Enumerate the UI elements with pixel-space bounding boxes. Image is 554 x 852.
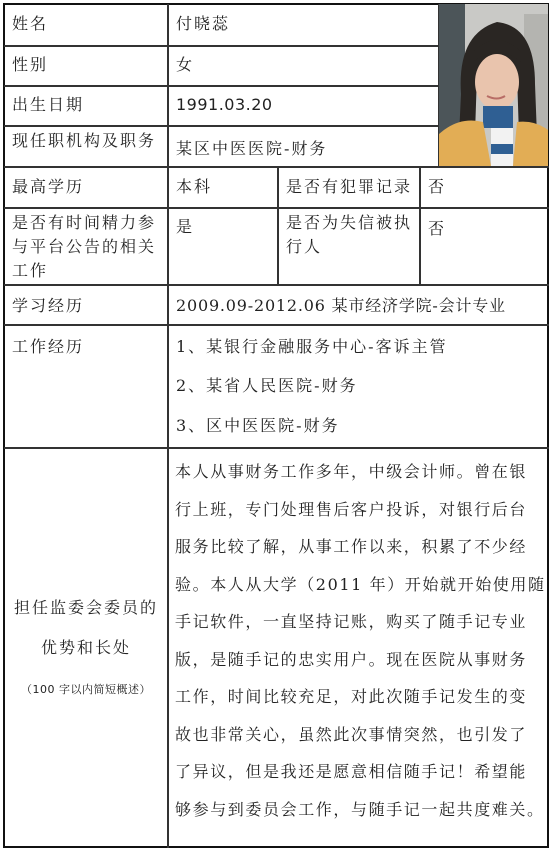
strengths-text-line: 版，是随手记的忠实用户。现在医院从事财务: [175, 641, 547, 679]
criminal-record-label: 是否有犯罪记录: [286, 177, 412, 197]
row-divider: [4, 45, 439, 47]
time-available-label-line2: 与平台公告的相关: [12, 237, 156, 257]
current-position-label: 现任职机构及职务: [12, 131, 156, 151]
study-history-label: 学习经历: [12, 296, 84, 316]
current-position-value: 某区中医医院-财务: [176, 139, 327, 159]
work-history-item: 1、某银行金融服务中心-客诉主管: [176, 337, 448, 357]
birth-date-label: 出生日期: [12, 95, 84, 115]
education-value: 本科: [176, 177, 212, 197]
strengths-text-line: 行上班，专门处理售后客户投诉，对银行后台: [175, 491, 547, 529]
time-available-value: 是: [176, 217, 194, 237]
strengths-label-line1: 担任监委会委员的: [5, 598, 167, 618]
portrait-photo: [439, 4, 548, 166]
strengths-text-line: 故也非常关心，虽然此次事情突然，也引发了: [175, 716, 547, 754]
name-label: 姓名: [12, 14, 48, 34]
gender-label: 性别: [12, 55, 48, 75]
name-value: 付晓蕊: [176, 14, 230, 34]
row-divider: [4, 125, 439, 127]
time-available-label-line1: 是否有时间精力参: [12, 213, 156, 233]
strengths-label-line2: 优势和长处: [5, 638, 167, 658]
dishonest-debtor-label-line2: 行人: [286, 237, 322, 257]
work-history-item: 2、某省人民医院-财务: [176, 376, 358, 396]
study-history-value: 2009.09-2012.06 某市经济学院-会计专业: [176, 296, 506, 316]
row-divider: [4, 447, 549, 449]
dishonest-debtor-label-line1: 是否为失信被执: [286, 213, 412, 233]
col-divider: [277, 166, 279, 284]
col-divider: [167, 4, 169, 848]
strengths-text-line: 服务比较了解，从事工作以来，积累了不少经: [175, 528, 547, 566]
time-available-label-line3: 工作: [12, 261, 48, 281]
birth-date-value: 1991.03.20: [176, 95, 273, 115]
strengths-text-line: 工作，时间比较充足，对此次随手记发生的变: [175, 678, 547, 716]
criminal-record-value: 否: [428, 177, 446, 197]
col-divider: [419, 166, 421, 284]
strengths-text-line: 够参与到委员会工作，与随手记一起共度难关。: [175, 791, 547, 829]
dishonest-debtor-value: 否: [428, 219, 446, 239]
work-history-label: 工作经历: [12, 337, 84, 357]
portrait-image: [439, 4, 548, 166]
strengths-note: （100 字以内简短概述）: [5, 680, 167, 700]
row-divider: [4, 85, 439, 87]
work-history-item: 3、区中医医院-财务: [176, 416, 340, 436]
gender-value: 女: [176, 55, 194, 75]
education-label: 最高学历: [12, 177, 84, 197]
strengths-text: 本人从事财务工作多年，中级会计师。曾在银 行上班，专门处理售后客户投诉，对银行后…: [175, 453, 547, 828]
row-divider: [4, 324, 549, 326]
strengths-text-line: 了异议，但是我还是愿意相信随手记！希望能: [175, 753, 547, 791]
strengths-text-line: 本人从事财务工作多年，中级会计师。曾在银: [175, 453, 547, 491]
strengths-text-line: 验。本人从大学（2011 年）开始就开始使用随: [175, 566, 547, 604]
row-divider: [4, 284, 549, 286]
strengths-text-line: 手记软件，一直坚持记账，购买了随手记专业: [175, 603, 547, 641]
